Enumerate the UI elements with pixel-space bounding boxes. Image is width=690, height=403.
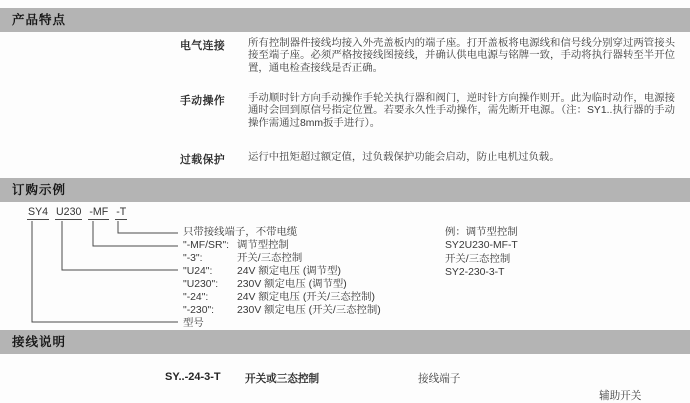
connector-line-control	[93, 221, 178, 246]
wiring-model-code: SY..-24-3-T	[165, 371, 221, 383]
legend-desc: 调节型控制	[237, 239, 289, 252]
example-line: 开关/三态控制	[445, 253, 518, 266]
legend-term: "-230":	[183, 304, 237, 317]
legend-term: "-3":	[183, 252, 237, 265]
legend-row-model: 型号	[183, 317, 381, 330]
feature-term-manual-operation: 手动操作	[180, 93, 225, 108]
wiring-control-type-label: 开关或三态控制	[245, 371, 319, 386]
legend-term: "-MF/SR":	[183, 239, 237, 252]
section-header-product-features: 产品特点	[0, 8, 690, 32]
connector-line-terminal	[118, 221, 178, 233]
feature-desc-electrical-connection: 所有控制器件接线均接入外壳盖板内的端子座。打开盖板将电源线和信号线分别穿过两管接…	[248, 38, 675, 75]
legend-term: "U230":	[183, 278, 237, 291]
legend-row-3: "-3": 开关/三态控制	[183, 252, 381, 265]
legend-desc: 开关/三态控制	[237, 252, 302, 265]
legend-desc: 24V 额定电压 (开关/三态控制)	[237, 291, 375, 304]
legend-row-u24: "U24": 24V 额定电压 (调节型)	[183, 265, 381, 278]
model-token-control: -MF	[88, 206, 109, 220]
legend-row-mf-sr: "-MF/SR": 调节型控制	[183, 239, 381, 252]
datasheet-page: 产品特点 电气连接 所有控制器件接线均接入外壳盖板内的端子座。打开盖板将电源线和…	[0, 0, 690, 403]
model-code: SY4 U230 -MF -T	[27, 206, 127, 220]
example-line: SY2U230-MF-T	[445, 239, 518, 252]
feature-desc-overload-protection: 运行中扭矩超过额定值，过负载保护功能会启动，防止电机过负载。	[248, 152, 675, 164]
legend-desc: 230V 额定电压 (调节型)	[237, 278, 347, 291]
section-header-ordering-example: 订购示例	[0, 178, 690, 202]
model-token-terminal: -T	[115, 206, 127, 220]
model-token-voltage: U230	[55, 206, 82, 220]
legend-term: "-24":	[183, 291, 237, 304]
example-line: SY2-230-3-T	[445, 266, 518, 279]
legend-row-u230: "U230": 230V 额定电压 (调节型)	[183, 278, 381, 291]
ordering-legend: 只带接线端子，不带电缆 "-MF/SR": 调节型控制 "-3": 开关/三态控…	[183, 226, 381, 330]
model-token-series: SY4	[27, 206, 49, 220]
connector-line-model	[32, 221, 178, 322]
legend-term: "U24":	[183, 265, 237, 278]
feature-term-overload-protection: 过载保护	[180, 152, 225, 167]
legend-desc: 230V 额定电压 (开关/三态控制)	[237, 304, 381, 317]
feature-term-electrical-connection: 电气连接	[180, 38, 225, 53]
ordering-example-block: 例：调节型控制 SY2U230-MF-T 开关/三态控制 SY2-230-3-T	[445, 226, 518, 280]
wiring-aux-switch-label: 辅助开关	[599, 388, 641, 403]
section-header-wiring-instructions: 接线说明	[0, 330, 690, 354]
legend-row-230: "-230": 230V 额定电压 (开关/三态控制)	[183, 304, 381, 317]
connector-line-voltage	[62, 221, 178, 270]
legend-desc: 24V 额定电压 (调节型)	[237, 265, 341, 278]
wiring-terminal-label: 接线端子	[418, 371, 460, 386]
legend-row-24: "-24": 24V 额定电压 (开关/三态控制)	[183, 291, 381, 304]
feature-desc-manual-operation: 手动顺时针方向手动操作手轮关执行器和阀门，逆时针方向操作则开。此为临时动作，电源…	[248, 93, 675, 130]
example-line: 例：调节型控制	[445, 226, 518, 239]
legend-desc: 只带接线端子，不带电缆	[183, 226, 297, 239]
legend-desc: 型号	[183, 317, 204, 330]
legend-row-terminal: 只带接线端子，不带电缆	[183, 226, 381, 239]
